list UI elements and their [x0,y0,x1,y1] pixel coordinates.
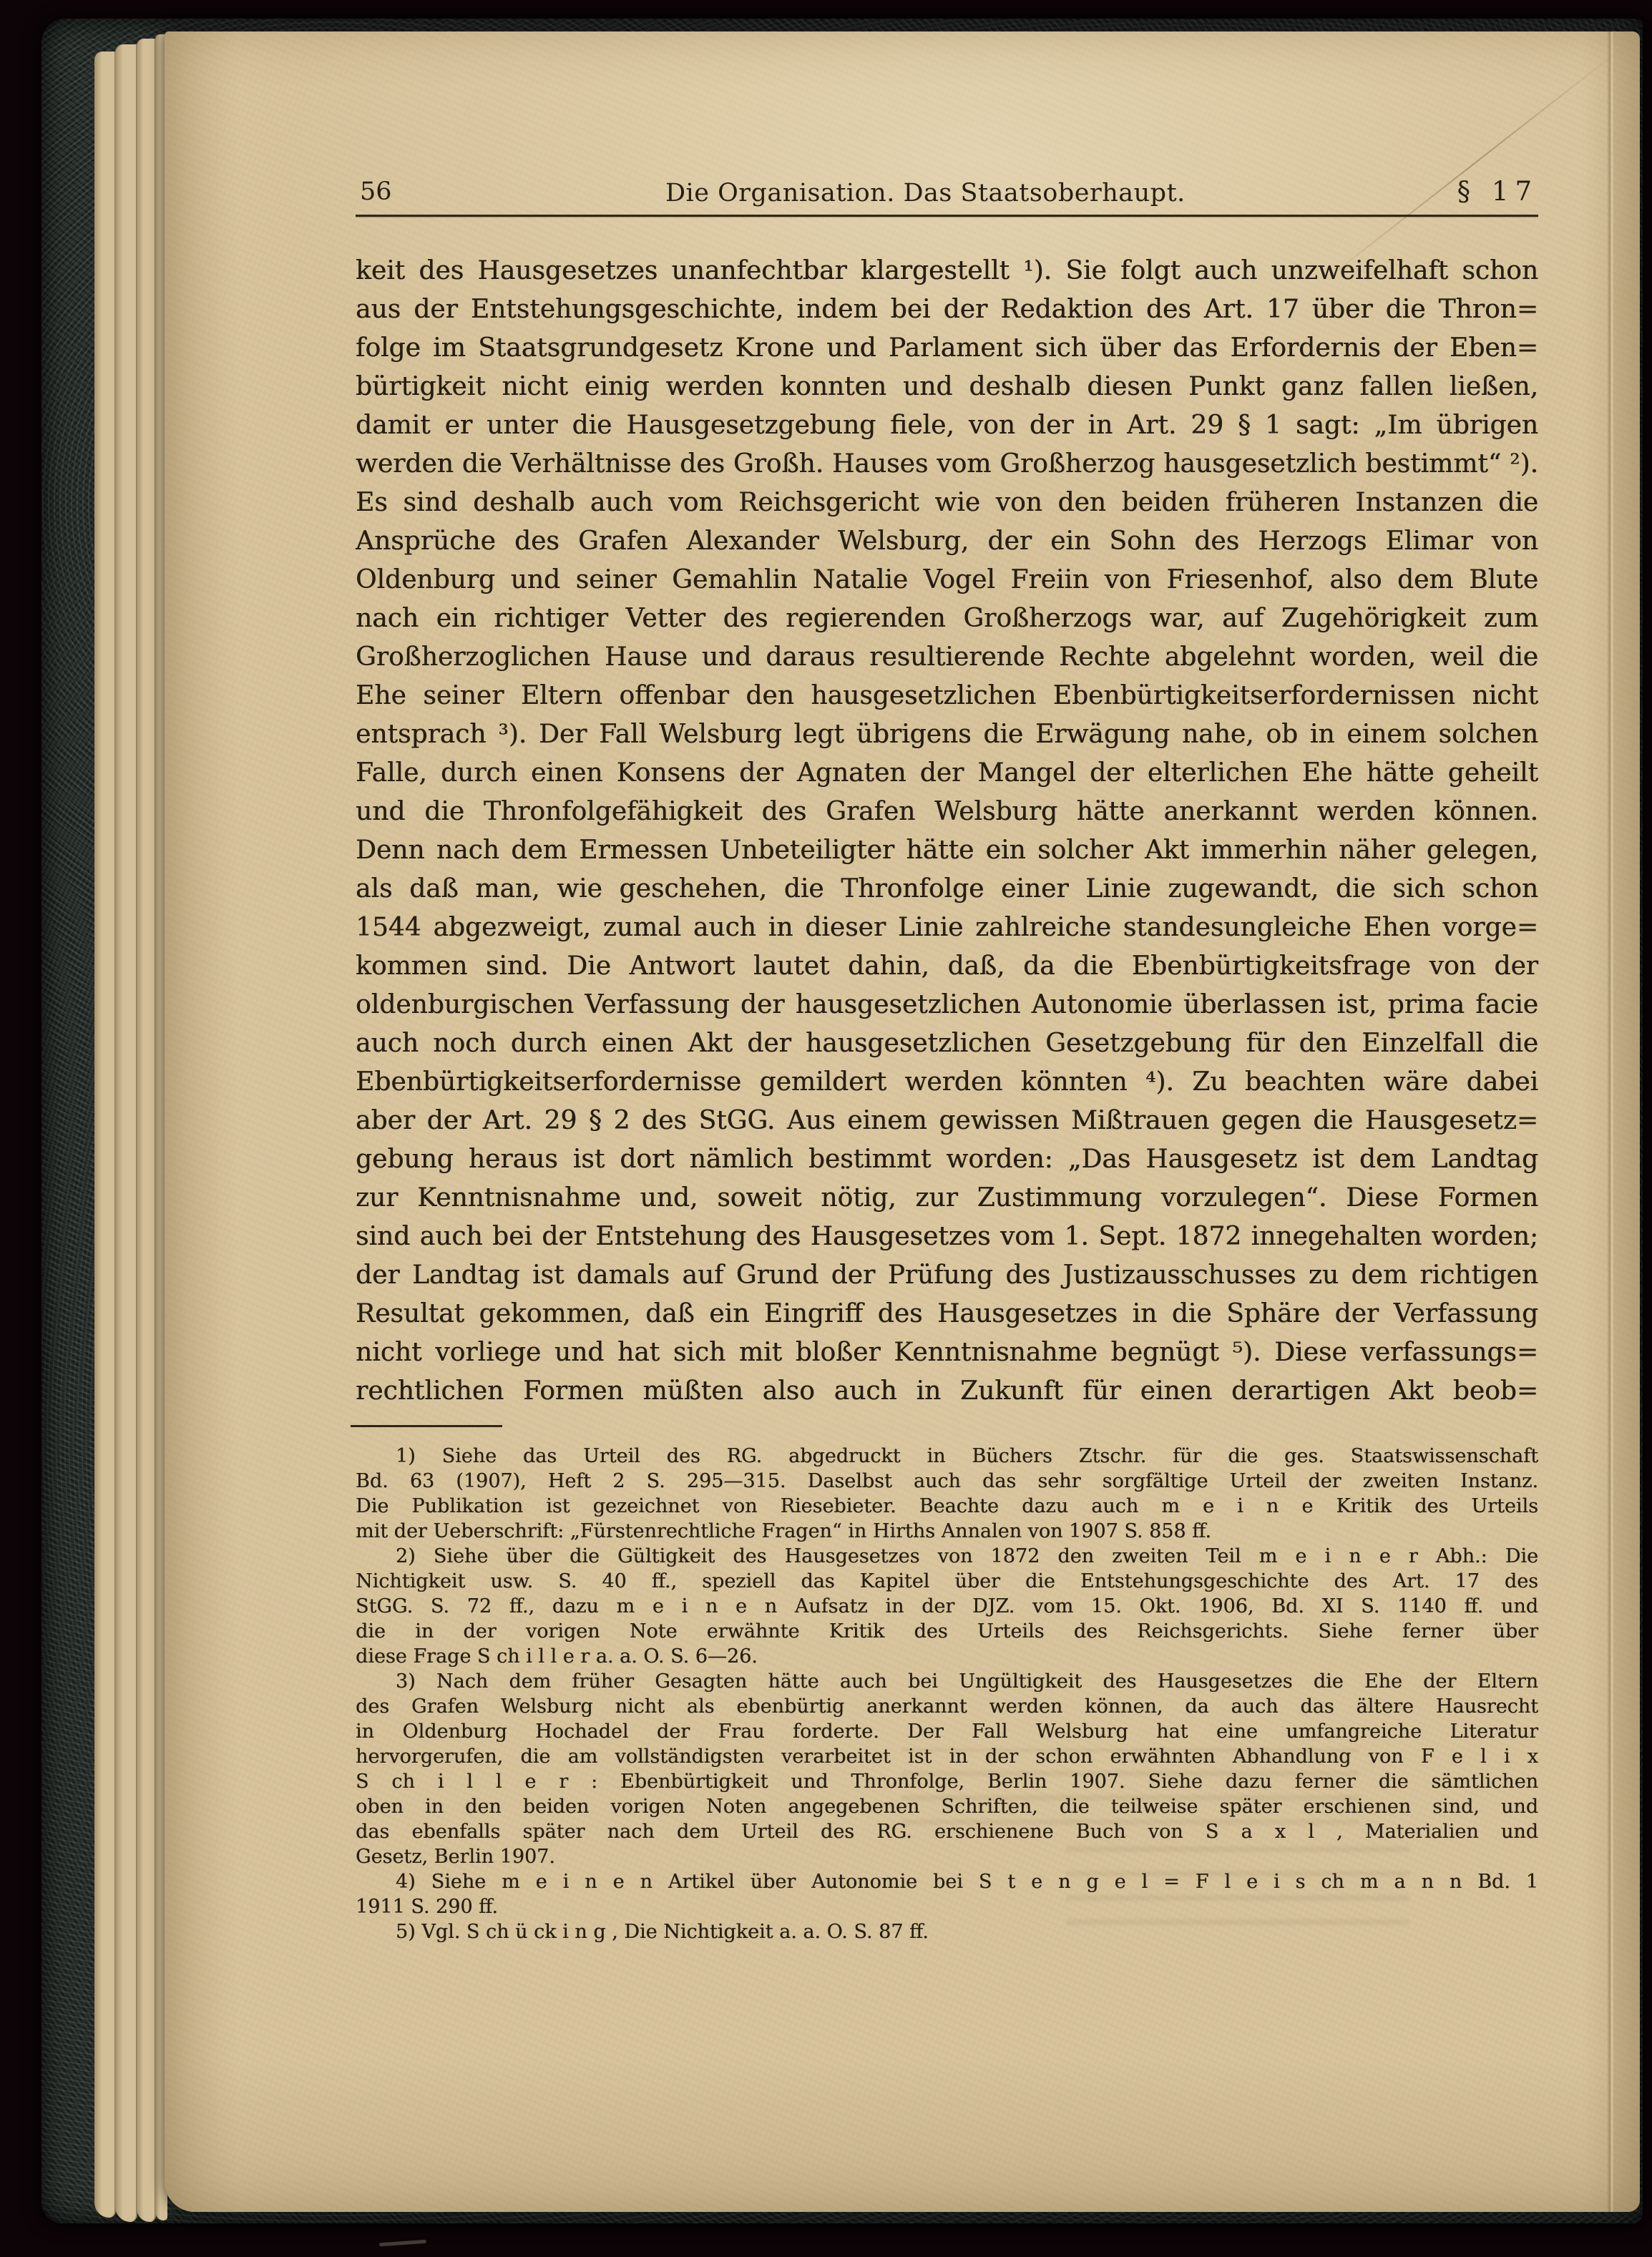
footnote-line: des Grafen Welsburg nicht als ebenbürtig… [356,1694,1538,1719]
body-text-line: nicht vorliege und hat sich mit bloßer K… [356,1333,1538,1372]
footnote-line: Die Publikation ist gezeichnet von Riese… [356,1494,1538,1519]
body-text-line: auch noch durch einen Akt der hausgesetz… [356,1024,1538,1063]
footnote-line: 1) Siehe das Urteil des RG. abgedruckt i… [356,1444,1538,1469]
body-text-line: 1544 abgezweigt, zumal auch in dieser Li… [356,909,1538,947]
body-text-line: Großherzoglichen Hause und daraus result… [356,638,1538,677]
body-text-line: rechtlichen Formen müßten also auch in Z… [356,1372,1538,1411]
body-text-line: Denn nach dem Ermessen Unbeteiligter hät… [356,831,1538,870]
paper-fold-margin [1613,31,1640,2212]
book-page: 56 Die Organisation. Das Staatsoberhaupt… [165,31,1640,2212]
body-text: keit des Hausgesetzes unanfechtbar klarg… [356,252,1538,1411]
footnote-line: in Oldenburg Hochadel der Frau forderte.… [356,1719,1538,1744]
body-text-line: Ebenbürtigkeitserfordernisse gemildert w… [356,1063,1538,1102]
body-text-line: Resultat gekommen, daß ein Eingriff des … [356,1295,1538,1333]
body-text-line: keit des Hausgesetzes unanfechtbar klarg… [356,252,1538,290]
body-text-line: entsprach ³). Der Fall Welsburg legt übr… [356,715,1538,754]
footnote-line: Nichtigkeit usw. S. 40 ff., speziell das… [356,1569,1538,1594]
footnote-line: mit der Ueberschrift: „Fürstenrechtliche… [356,1519,1538,1544]
footnote-line: 4) Siehe m e i n e n Artikel über Autono… [356,1869,1538,1894]
body-text-line: und die Thronfolgefähigkeit des Grafen W… [356,793,1538,831]
footnote-line: Bd. 63 (1907), Heft 2 S. 295—315. Daselb… [356,1469,1538,1494]
body-text-line: zur Kenntnisnahme und, soweit nötig, zur… [356,1179,1538,1218]
footnote-line: StGG. S. 72 ff., dazu m e i n e n Aufsat… [356,1594,1538,1619]
footnote-line: 2) Siehe über die Gültigkeit des Hausges… [356,1544,1538,1569]
header-rule [356,215,1538,217]
body-text-line: aber der Art. 29 § 2 des StGG. Aus einem… [356,1102,1538,1140]
footnote-line: hervorgerufen, die am vollständigsten ve… [356,1744,1538,1769]
footnote-line: 5) Vgl. S ch ü ck i n g , Die Nichtigkei… [356,1919,1538,1944]
footnote-line: diese Frage S ch i l l e r a. a. O. S. 6… [356,1644,1538,1669]
footnote-line: 1911 S. 290 ff. [356,1894,1538,1919]
section-mark: § 17 [1457,176,1538,207]
footnote-line: die in der vorigen Note erwähnte Kritik … [356,1619,1538,1644]
body-text-line: bürtigkeit nicht einig werden konnten un… [356,368,1538,406]
scratch-mark [379,2240,426,2247]
page-edge-stack [94,52,116,2218]
footnote-line: S ch i l l e r : Ebenbürtigkeit und Thro… [356,1769,1538,1794]
body-text-line: werden die Verhältnisse des Großh. Hause… [356,445,1538,484]
printed-content: 56 Die Organisation. Das Staatsoberhaupt… [356,31,1538,2212]
body-text-line: sind auch bei der Entstehung des Hausges… [356,1218,1538,1256]
body-text-line: aus der Entstehungsgeschichte, indem bei… [356,290,1538,329]
body-text-line: Ansprüche des Grafen Alexander Welsburg,… [356,522,1538,561]
footnote-separator [351,1425,502,1427]
body-text-line: Falle, durch einen Konsens der Agnaten d… [356,754,1538,793]
body-text-line: Oldenburg und seiner Gemahlin Natalie Vo… [356,561,1538,599]
footnote-line: Gesetz, Berlin 1907. [356,1844,1538,1869]
running-title: Die Organisation. Das Staatsoberhaupt. [665,179,1186,207]
body-text-line: Ehe seiner Eltern offenbar den hausgeset… [356,677,1538,715]
body-text-line: oldenburgischen Verfassung der hausgeset… [356,986,1538,1024]
body-text-line: kommen sind. Die Antwort lautet dahin, d… [356,947,1538,986]
footnote-line: 3) Nach dem früher Gesagten hätte auch b… [356,1669,1538,1694]
body-text-line: als daß man, wie geschehen, die Thronfol… [356,870,1538,909]
footnotes: 1) Siehe das Urteil des RG. abgedruckt i… [356,1444,1538,1944]
page-number: 56 [360,177,392,206]
body-text-line: nach ein richtiger Vetter des regierende… [356,599,1538,638]
body-text-line: folge im Staatsgrundgesetz Krone und Par… [356,329,1538,368]
page-edge-stack [137,39,156,2222]
footnote-line: das ebenfalls später nach dem Urteil des… [356,1819,1538,1844]
body-text-line: Es sind deshalb auch vom Reichsgericht w… [356,484,1538,522]
footnote-line: oben in den beiden vorigen Noten angegeb… [356,1794,1538,1819]
page-edge-stack [115,44,137,2222]
body-text-line: damit er unter die Hausgesetzgebung fiel… [356,406,1538,445]
body-text-line: gebung heraus ist dort nämlich bestimmt … [356,1140,1538,1179]
page-header: 56 Die Organisation. Das Staatsoberhaupt… [356,173,1538,216]
paper-fold-line [1607,31,1613,2212]
scanned-book-photo: 56 Die Organisation. Das Staatsoberhaupt… [0,0,1652,2257]
body-text-line: der Landtag ist damals auf Grund der Prü… [356,1256,1538,1295]
